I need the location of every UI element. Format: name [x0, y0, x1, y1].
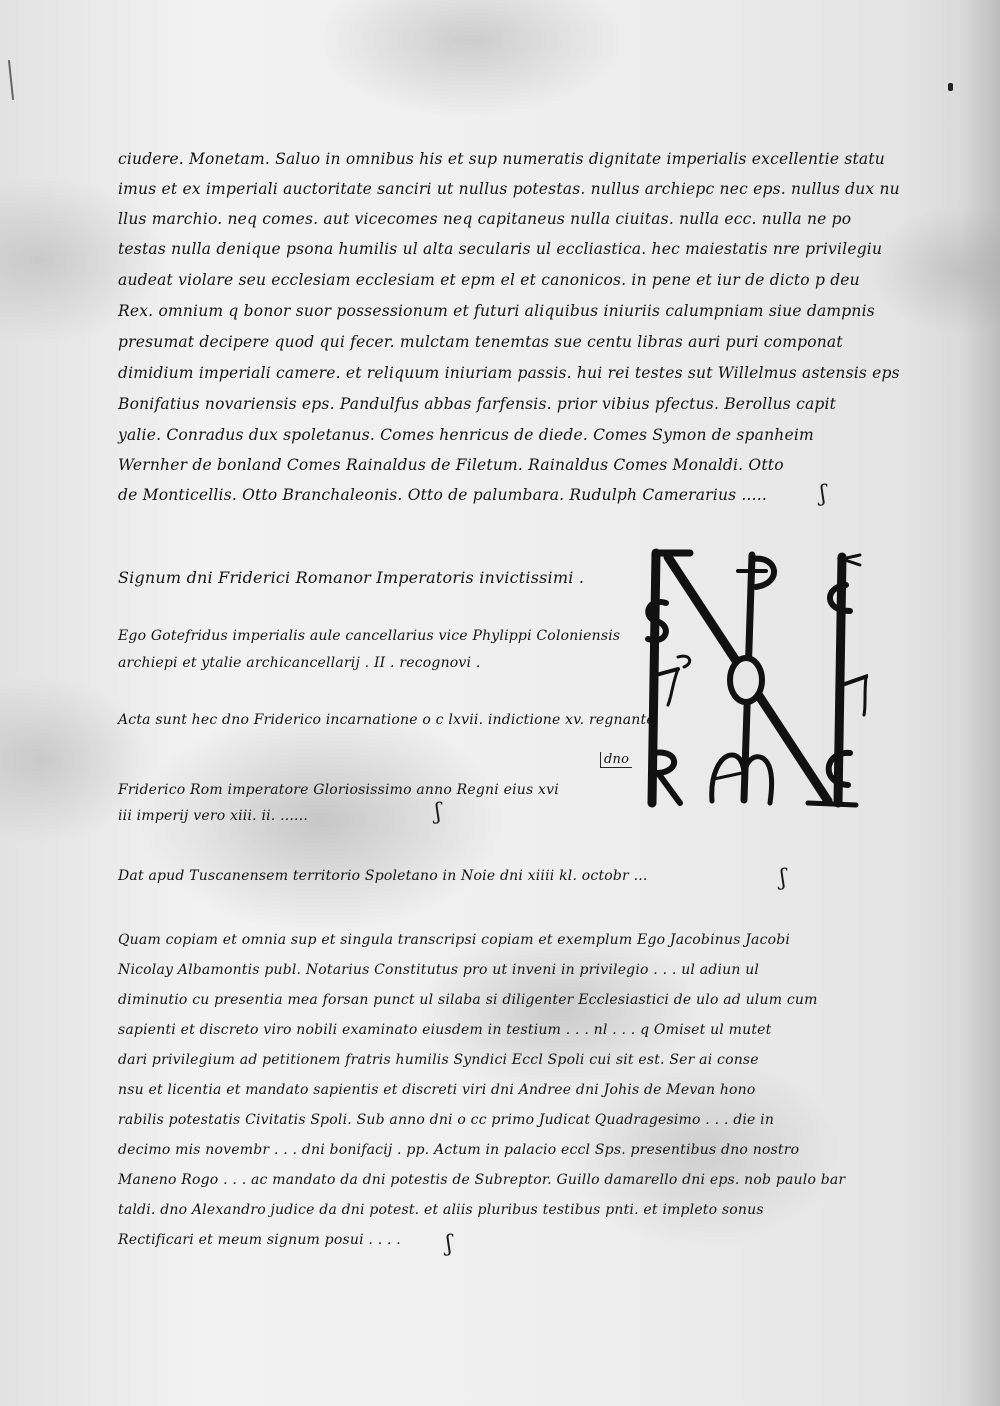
text-line: sapienti et discreto viro nobili examina… — [118, 1022, 771, 1038]
signum-line: Signum dni Friderici Romanor Imperatoris… — [118, 568, 584, 587]
text-line: Rex. omnium q bonor suor possessionum et… — [118, 302, 875, 320]
imperial-monogram-icon — [628, 545, 868, 810]
text-line: diminutio cu presentia mea forsan punct … — [118, 992, 818, 1008]
page-edge-shadow — [960, 0, 1000, 1406]
text-line: Nicolay Albamontis publ. Notarius Consti… — [118, 962, 759, 978]
text-line: Quam copiam et omnia sup et singula tran… — [118, 932, 790, 948]
text-line: audeat violare seu ecclesiam ecclesiam e… — [118, 271, 860, 289]
end-flourish-icon: ʃ — [780, 866, 786, 891]
text-line: Maneno Rogo . . . ac mandato da dni pote… — [118, 1172, 845, 1188]
margin-pencil-mark — [8, 60, 14, 100]
text-line: presumat decipere quod qui fecer. mulcta… — [118, 333, 843, 351]
text-line: Bonifatius novariensis eps. Pandulfus ab… — [118, 395, 836, 413]
text-line: decimo mis novembr . . . dni bonifacij .… — [118, 1142, 799, 1158]
text-line: Acta sunt hec dno Friderico incarnatione… — [118, 712, 655, 728]
text-line: testas nulla denique psona humilis ul al… — [118, 240, 882, 258]
text-line: dari privilegium ad petitionem fratris h… — [118, 1052, 759, 1068]
text-line: llus marchio. neq comes. aut vicecomes n… — [118, 210, 851, 228]
text-line: yalie. Conradus dux spoletanus. Comes he… — [118, 426, 814, 444]
text-line: Friderico Rom imperatore Gloriosissimo a… — [118, 782, 559, 798]
manuscript-page: ciudere. Monetam. Saluo in omnibus his e… — [0, 0, 1000, 1406]
end-flourish-icon: ʃ — [820, 482, 826, 507]
text-line: rabilis potestatis Civitatis Spoli. Sub … — [118, 1112, 774, 1128]
text-line: ciudere. Monetam. Saluo in omnibus his e… — [118, 150, 885, 168]
text-line: Rectificari et meum signum posui . . . . — [118, 1232, 401, 1248]
text-line: Wernher de bonland Comes Rainaldus de Fi… — [118, 456, 784, 474]
text-line: imus et ex imperiali auctoritate sanciri… — [118, 180, 900, 198]
text-line: de Monticellis. Otto Branchaleonis. Otto… — [118, 486, 767, 504]
text-line: iii imperij vero xiii. ii. ...... — [118, 808, 308, 824]
text-line: Ego Gotefridus imperialis aule cancellar… — [118, 628, 620, 644]
text-line: nsu et licentia et mandato sapientis et … — [118, 1082, 756, 1098]
text-line: dimidium imperiali camere. et reliquum i… — [118, 364, 900, 382]
text-line: archiepi et ytalie archicancellarij . II… — [118, 655, 481, 671]
end-flourish-icon: ʃ — [446, 1232, 452, 1257]
text-line: taldi. dno Alexandro judice da dni potes… — [118, 1202, 764, 1218]
ink-speck — [948, 83, 953, 91]
given-at-line: Dat apud Tuscanensem territorio Spoletan… — [118, 868, 648, 884]
end-flourish-icon: ʃ — [435, 800, 441, 825]
